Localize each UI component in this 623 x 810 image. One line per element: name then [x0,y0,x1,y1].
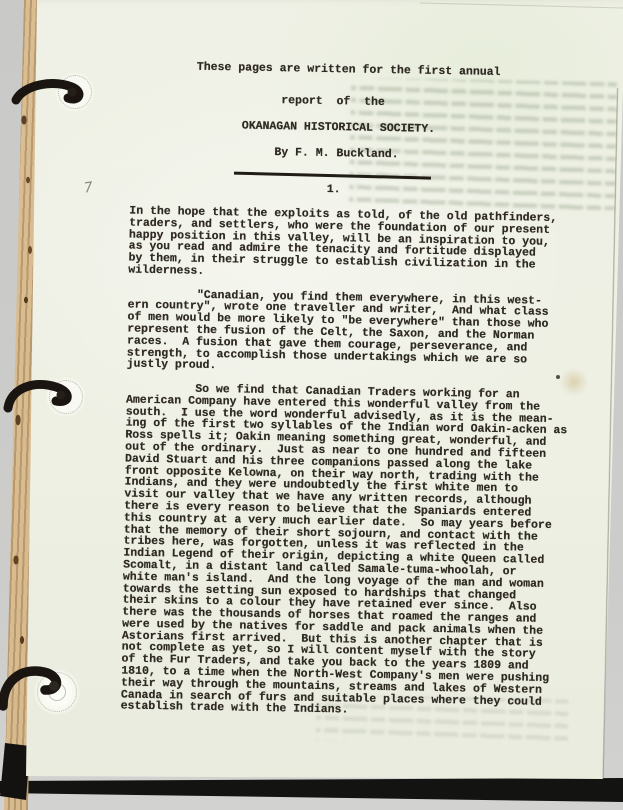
binder-ring-bottom [0,660,74,714]
page-number: 1. [327,184,341,196]
report-title-line-1: These pages are written for the first an… [197,62,501,79]
report-title-line-3: OKANAGAN HISTORICAL SOCIETY. [242,120,435,135]
report-title-line-2: report of the [281,95,385,109]
typed-text-layer: These pages are written for the first an… [87,58,605,810]
binder-ring-middle [6,376,76,416]
paragraph: In the hope that the exploits as told, o… [128,206,571,284]
binder-ring-top [14,76,86,110]
report-body: In the hope that the exploits as told, o… [120,206,571,733]
paragraph: "Canadian, you find them everywhere, in … [127,288,570,378]
scanned-report-page: These pages are written for the first an… [0,0,623,810]
paragraph: So we find that Canadian Traders working… [121,382,568,720]
handwritten-mark: 7 [83,179,94,196]
divider-rule [234,172,431,180]
report-title-line-4: By F. M. Buckland. [274,147,398,161]
